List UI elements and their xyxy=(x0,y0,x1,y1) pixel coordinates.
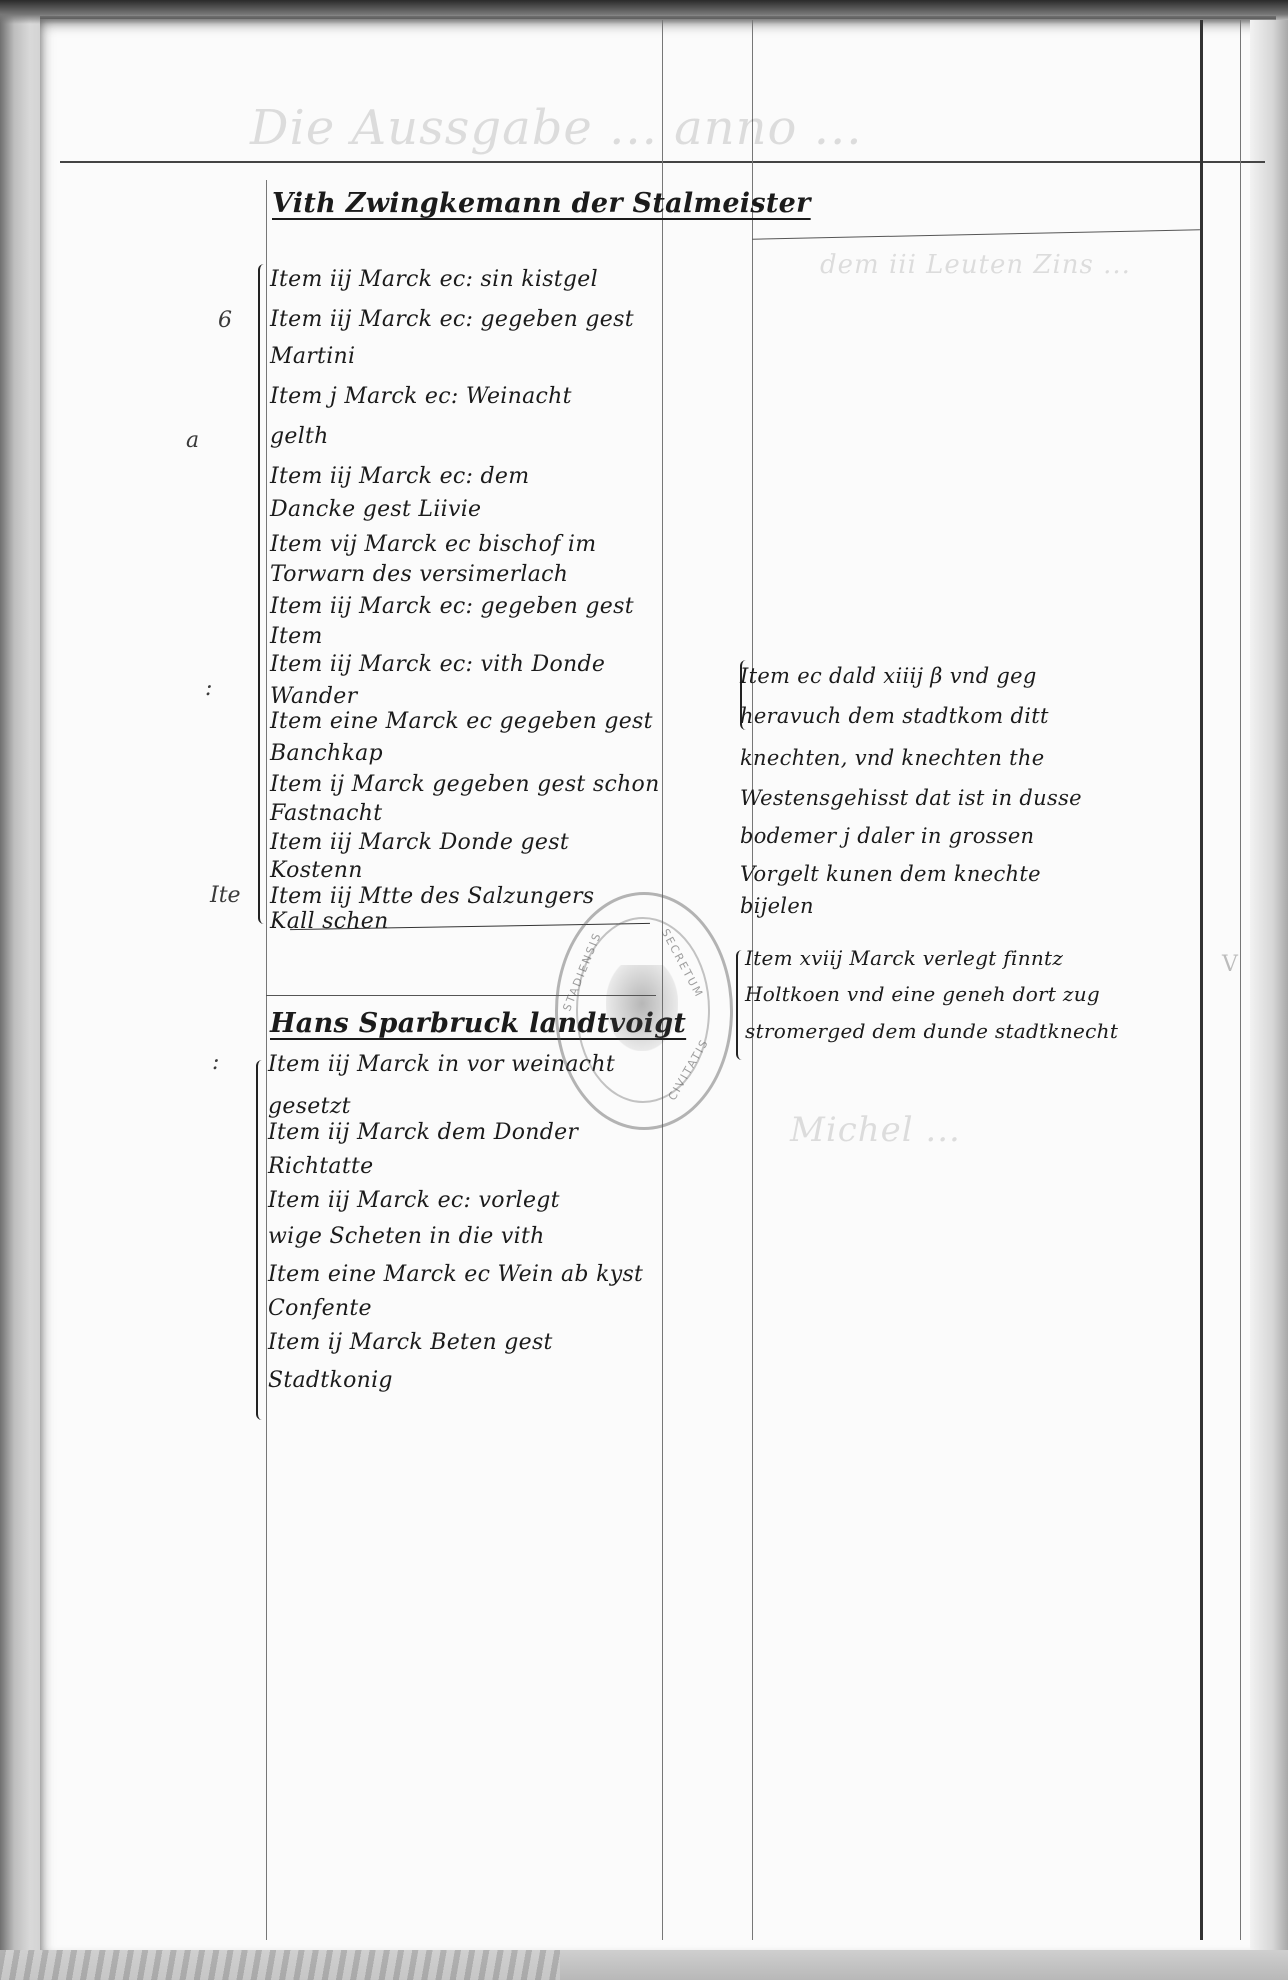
bleed-through-right-mid: Michel ... xyxy=(790,1110,961,1150)
ledger-line: wige Scheten in die vith xyxy=(268,1220,545,1253)
margin-mark: : xyxy=(212,1050,219,1075)
ledger-line: Richtatte xyxy=(268,1150,373,1183)
ledger-line: Holtkoen vnd eine geneh dort zug xyxy=(745,978,1100,1011)
ledger-line: Item j Marck ec: Weinacht xyxy=(270,380,572,413)
ledger-line: heravuch dem stadtkom ditt xyxy=(740,700,1049,733)
bleed-through-header: Die Aussgabe ... anno ... xyxy=(250,100,862,156)
ledger-line: bodemer j daler in grossen xyxy=(740,820,1034,853)
margin-mark: : xyxy=(205,676,212,701)
ledger-line: knechten, vnd knechten the xyxy=(740,742,1044,775)
ledger-line: bijelen xyxy=(740,890,814,923)
ledger-line: Item iij Marck ec: sin kistgel xyxy=(270,263,598,296)
ledger-line: Item ij Marck Beten gest xyxy=(268,1326,553,1359)
bleed-through-roman-numeral: V xyxy=(1222,952,1238,977)
ledger-line: Item xviij Marck verlegt finntz xyxy=(745,942,1063,975)
ledger-line: Stadtkonig xyxy=(268,1364,393,1397)
section-heading-stalmeister: Vith Zwingkemann der Stalmeister xyxy=(272,188,811,219)
margin-brace xyxy=(256,1060,268,1420)
ledger-line: Item ec dald xiiij β vnd geg xyxy=(740,660,1037,693)
ledger-line: Torwarn des versimerlach xyxy=(270,558,568,591)
ledger-line: gelth xyxy=(270,420,329,453)
ledger-line: Item iij Marck ec: vith Donde xyxy=(270,648,605,681)
margin-brace xyxy=(258,264,270,924)
ledger-line: Item eine Marck ec Wein ab kyst xyxy=(268,1258,643,1291)
ledger-line: Item iij Marck dem Donder xyxy=(268,1116,578,1149)
margin-mark: a xyxy=(186,428,199,453)
ledger-line: Item eine Marck ec gegeben gest xyxy=(270,705,653,738)
ledger-line: Banchkap xyxy=(270,737,383,770)
city-seal-stamp: STADIENSIS SECRETUM CIVITATIS xyxy=(555,892,733,1130)
ledger-line: Confente xyxy=(268,1292,372,1325)
ledger-line: stromerged dem dunde stadtknecht xyxy=(745,1015,1118,1048)
ledger-line: Item iij Marck ec: gegeben gest xyxy=(270,303,634,336)
page-right-edge xyxy=(1250,20,1288,1960)
ledger-line: Martini xyxy=(270,340,355,373)
outer-edge-rule xyxy=(1240,20,1241,1940)
ledger-line: Item iij Marck ec: dem xyxy=(270,460,529,493)
page-top-edge xyxy=(0,0,1288,24)
margin-mark: 6 xyxy=(218,308,232,333)
ledger-line: Item vij Marck ec bischof im xyxy=(270,528,596,561)
ledger-line: Kall schen xyxy=(270,905,389,938)
ledger-line: Item iij Marck ec: gegeben gest xyxy=(270,590,634,623)
right-margin-rule xyxy=(1200,20,1203,1940)
ledger-line: Vorgelt kunen dem knechte xyxy=(740,858,1041,891)
bleed-through-right-top: dem iii Leuten Zins ... xyxy=(820,250,1131,280)
ledger-line: Westensgehisst dat ist in dusse xyxy=(740,782,1082,815)
page-bottom-edge xyxy=(0,1950,1288,1980)
ledger-line: Dancke gest Liivie xyxy=(270,493,481,526)
griffin-emblem-icon xyxy=(606,965,678,1051)
margin-mark: Ite xyxy=(210,883,241,908)
ledger-line: Item iij Marck ec: vorlegt xyxy=(268,1184,560,1217)
